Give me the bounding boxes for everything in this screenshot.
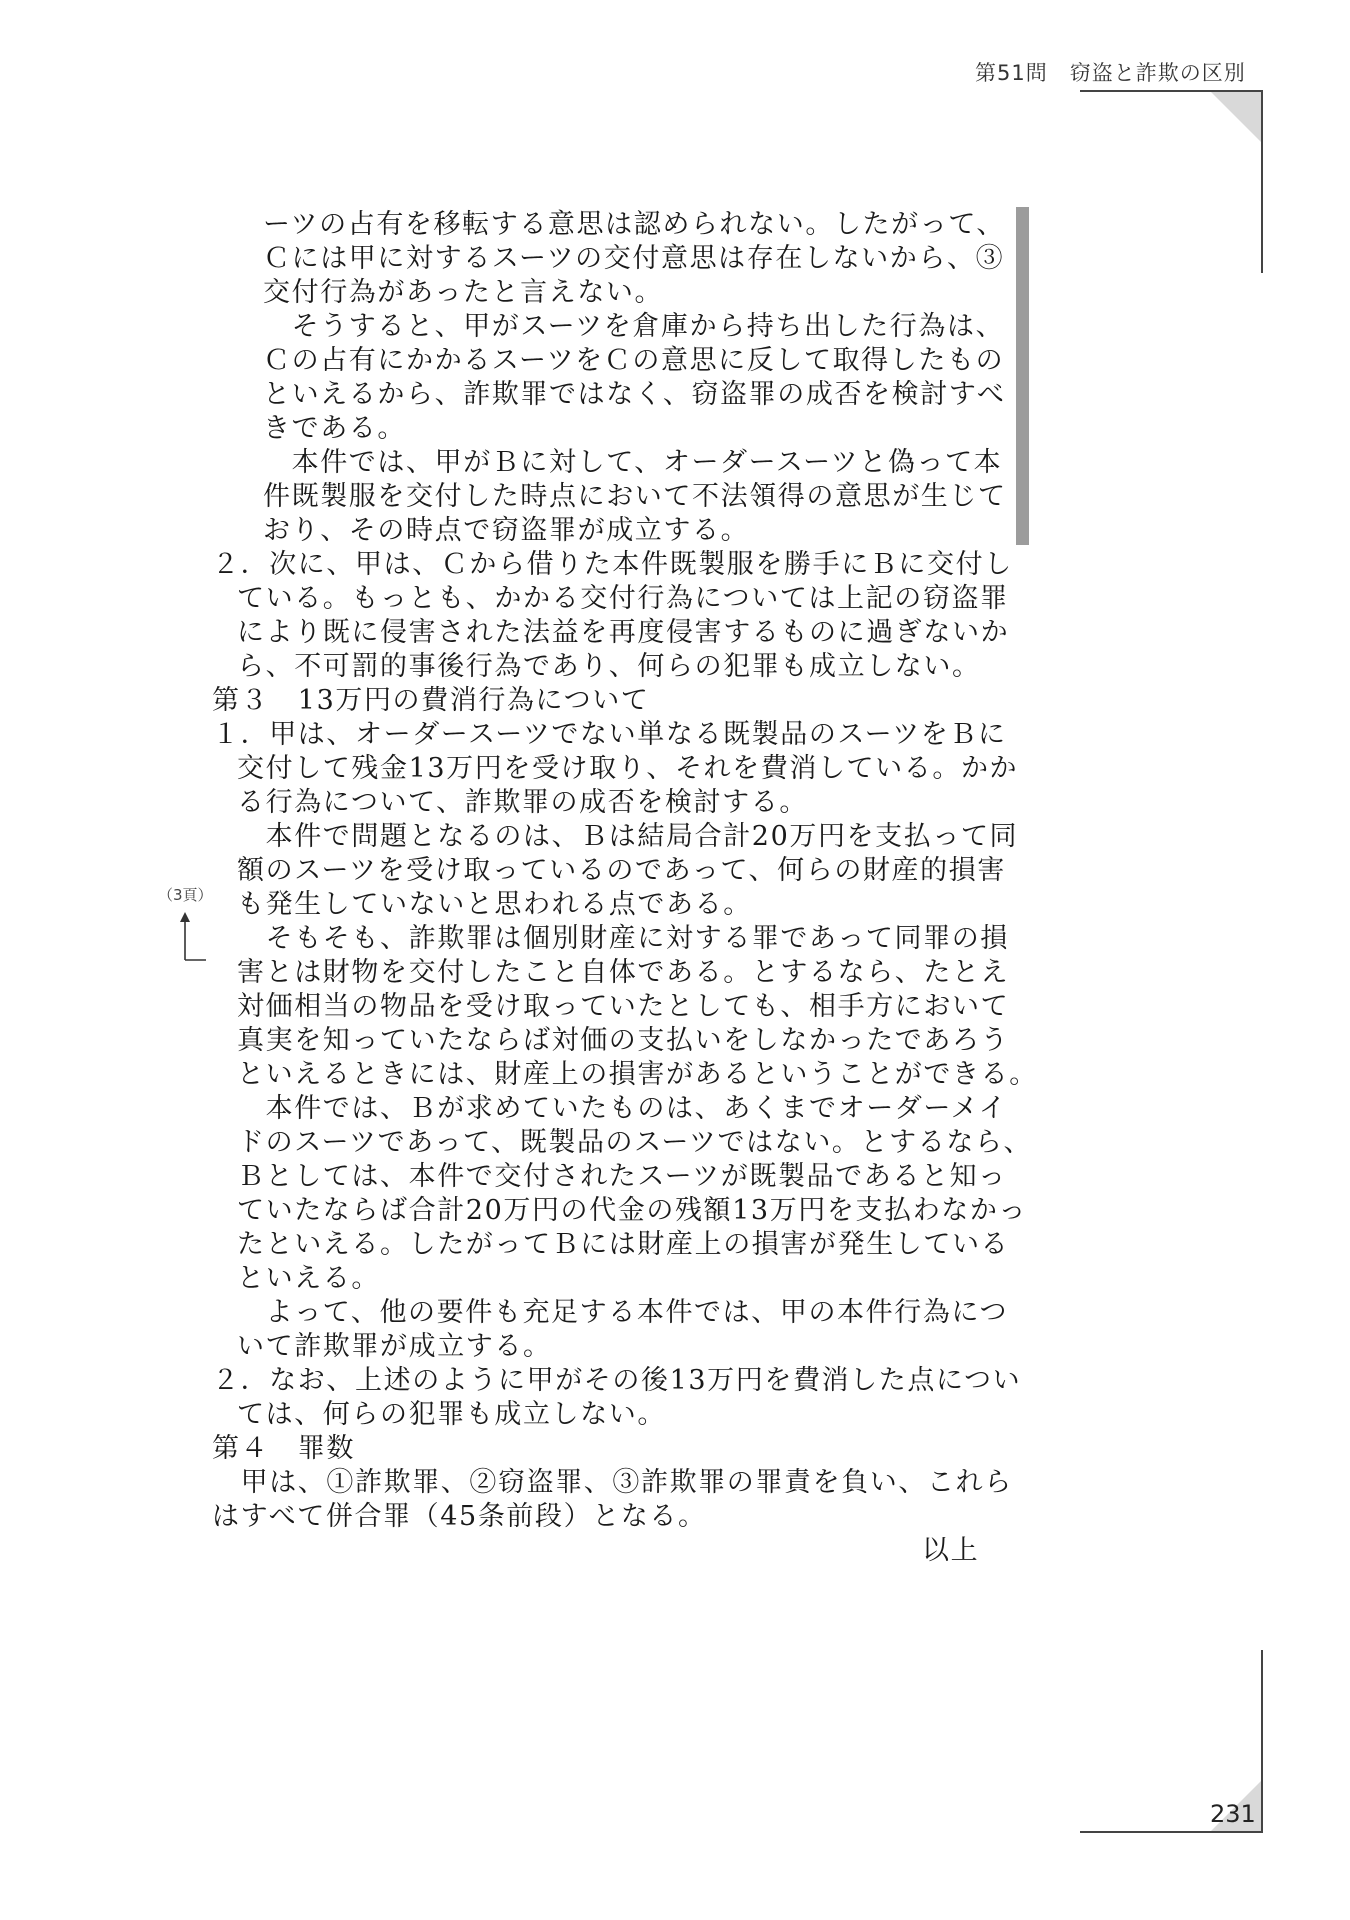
text-line: ていたならば合計20万円の代金の残額13万円を支払わなかっ <box>237 1194 1027 1228</box>
text-line: といえる。 <box>237 1262 380 1296</box>
margin-reference-note: （3頁） <box>158 884 213 905</box>
text-line: ら、不可罰的事後行為であり、何らの犯罪も成立しない。 <box>237 650 981 684</box>
page-number: 231 <box>1210 1800 1256 1828</box>
text-line: きである。 <box>263 412 406 446</box>
text-line: 第４ 罪数 <box>212 1432 355 1466</box>
arrow-up-icon <box>180 912 206 962</box>
text-line: 本件で問題となるのは、Ｂは結局合計20万円を支払って同 <box>237 820 1018 854</box>
text-line: Ｃの占有にかかるスーツをＣの意思に反して取得したもの <box>263 344 1004 378</box>
top-corner-triangle-icon <box>1211 92 1261 142</box>
top-corner-rule-vertical <box>1261 90 1263 273</box>
text-line: ドのスーツであって、既製品のスーツではない。とするなら、 <box>237 1126 1032 1160</box>
highlight-sidebar-marker <box>1016 207 1029 545</box>
text-line: 本件では、Ｂが求めていたものは、あくまでオーダーメイ <box>237 1092 1007 1126</box>
text-line: いて詐欺罪が成立する。 <box>237 1330 552 1364</box>
text-line: ２．次に、甲は、Ｃから借りた本件既製服を勝手にＢに交付し <box>212 548 1013 582</box>
text-line: そもそも、詐欺罪は個別財産に対する罪であって同罪の損 <box>237 922 1009 956</box>
text-line: といえるから、詐欺罪ではなく、窃盗罪の成否を検討すべ <box>263 378 1006 412</box>
chapter-title: 窃盗と詐欺の区別 <box>1070 61 1246 85</box>
text-line: よって、他の要件も充足する本件では、甲の本件行為につ <box>237 1296 1008 1330</box>
text-line: 以上 <box>922 1534 979 1568</box>
running-header: 第51問窃盗と詐欺の区別 <box>975 57 1246 87</box>
text-line: 本件では、甲がＢに対して、オーダースーツと偽って本 <box>263 446 1002 480</box>
text-line: 真実を知っていたならば対価の支払いをしなかったであろう <box>237 1024 1009 1058</box>
text-line: る行為について、詐欺罪の成否を検討する。 <box>237 786 808 820</box>
text-line: 件既製服を交付した時点において不法領得の意思が生じて <box>263 480 1007 514</box>
text-line: おり、その時点で窃盗罪が成立する。 <box>263 514 749 548</box>
text-line: といえるときには、財産上の損害があるということができる。 <box>237 1058 1038 1092</box>
text-line: 交付行為があったと言えない。 <box>263 276 663 310</box>
text-line: 甲は、①詐欺罪、②窃盗罪、③詐欺罪の罪責を負い、これら <box>212 1466 1013 1500</box>
text-line: たといえる。したがってＢには財産上の損害が発生している <box>237 1228 1009 1262</box>
text-line: 交付して残金13万円を受け取り、それを費消している。かか <box>237 752 1018 786</box>
text-line: により既に侵害された法益を再度侵害するものに過ぎないか <box>237 616 1009 650</box>
text-line: も発生していないと思われる点である。 <box>237 888 752 922</box>
text-line: はすべて併合罪（45条前段）となる。 <box>212 1500 707 1534</box>
text-line: 対価相当の物品を受け取っていたとしても、相手方において <box>237 990 1009 1024</box>
text-line: 額のスーツを受け取っているのであって、何らの財産的損害 <box>237 854 1006 888</box>
text-line: ２．なお、上述のように甲がその後13万円を費消した点につい <box>212 1364 1021 1398</box>
text-line: Ｃには甲に対するスーツの交付意思は存在しないから、③ <box>263 242 1004 276</box>
text-line: ては、何らの犯罪も成立しない。 <box>237 1398 666 1432</box>
text-line: そうすると、甲がスーツを倉庫から持ち出した行為は、 <box>263 310 1004 344</box>
text-line: 害とは財物を交付したこと自体である。とするなら、たとえ <box>237 956 1009 990</box>
question-number: 第51問 <box>975 61 1048 85</box>
text-line: 第３ 13万円の費消行為について <box>212 684 649 718</box>
bottom-corner-rule-vertical <box>1261 1650 1263 1833</box>
text-line: １．甲は、オーダースーツでない単なる既製品のスーツをＢに <box>212 718 1007 752</box>
text-line: Ｂとしては、本件で交付されたスーツが既製品であると知っ <box>237 1160 1007 1194</box>
bottom-corner-rule-horizontal <box>1080 1831 1263 1833</box>
text-line: ている。もっとも、かかる交付行為については上記の窃盗罪 <box>237 582 1009 616</box>
text-line: ーツの占有を移転する意思は認められない。したがって、 <box>263 208 1005 242</box>
